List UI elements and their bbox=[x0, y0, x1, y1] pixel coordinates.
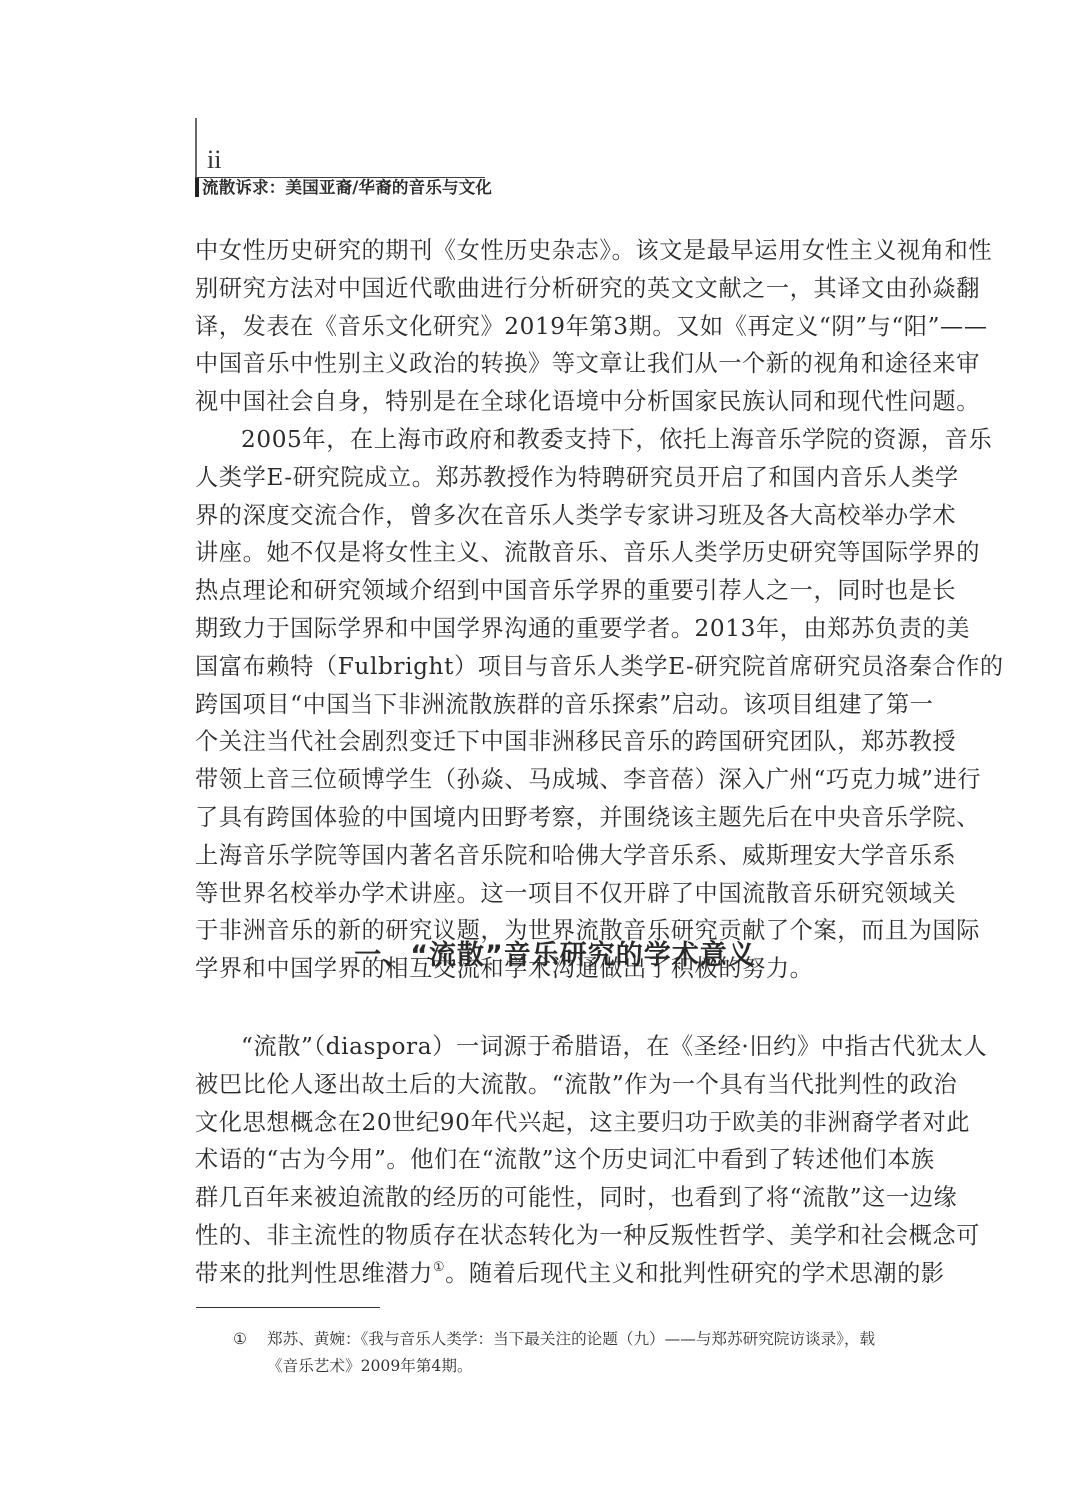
text-line: 热点理论和研究领域介绍到中国音乐学界的重要引荐人之一，同时也是长 bbox=[195, 572, 940, 610]
text-line: 跨国项目“中国当下非洲流散族群的音乐探索”启动。该项目组建了第一 bbox=[195, 686, 940, 724]
paragraph: “流散”（diaspora）一词源于希腊语，在《圣经·旧约》中指古代犹太人 被巴… bbox=[195, 1028, 940, 1293]
text-line: 视中国社会自身，特别是在全球化语境中分析国家民族认同和现代性问题。 bbox=[195, 383, 940, 421]
body-text-top: 中女性历史研究的期刊《女性历史杂志》。该文是最早运用女性主义视角和性 别研究方法… bbox=[195, 232, 940, 988]
body-text-bottom: “流散”（diaspora）一词源于希腊语，在《圣经·旧约》中指古代犹太人 被巴… bbox=[195, 1028, 940, 1293]
text-segment: 带来的批判性思维潜力 bbox=[195, 1260, 433, 1287]
footnote-separator bbox=[196, 1307, 380, 1308]
text-line: 群几百年来被迫流散的经历的可能性，同时，也看到了将“流散”这一边缘 bbox=[195, 1179, 940, 1217]
text-line: 别研究方法对中国近代歌曲进行分析研究的英文文献之一，其译文由孙焱翻 bbox=[195, 270, 940, 308]
footnote-text: 郑苏、黄婉：《我与音乐人类学：当下最关注的论题（九）——与郑苏研究院访谈录》，载 bbox=[267, 1330, 875, 1348]
header-vertical-rule bbox=[195, 118, 197, 178]
text-line: 界的深度交流合作，曾多次在音乐人类学专家讲习班及各大高校举办学术 bbox=[195, 497, 940, 535]
footnote: ①郑苏、黄婉：《我与音乐人类学：当下最关注的论题（九）——与郑苏研究院访谈录》，… bbox=[233, 1326, 943, 1380]
running-header-book-title: 流散诉求：美国亚裔/华裔的音乐与文化 bbox=[202, 178, 492, 198]
text-line: 了具有跨国体验的中国境内田野考察，并围绕该主题先后在中央音乐学院、 bbox=[195, 799, 940, 837]
text-line: 文化思想概念在20世纪90年代兴起，这主要归功于欧美的非洲裔学者对此 bbox=[195, 1104, 940, 1142]
footnote-line: ①郑苏、黄婉：《我与音乐人类学：当下最关注的论题（九）——与郑苏研究院访谈录》，… bbox=[233, 1326, 943, 1353]
text-line: 术语的“古为今用”。他们在“流散”这个历史词汇中看到了转述他们本族 bbox=[195, 1141, 940, 1179]
footnote-line: 《音乐艺术》2009年第4期。 bbox=[233, 1353, 943, 1380]
footnote-number: ① bbox=[233, 1326, 267, 1353]
text-line: 被巴比伦人逐出故土后的大流散。“流散”作为一个具有当代批判性的政治 bbox=[195, 1066, 940, 1104]
text-line: “流散”（diaspora）一词源于希腊语，在《圣经·旧约》中指古代犹太人 bbox=[195, 1028, 940, 1066]
text-line: 上海音乐学院等国内著名音乐院和哈佛大学音乐系、威斯理安大学音乐系 bbox=[195, 837, 940, 875]
book-page: ii 流散诉求：美国亚裔/华裔的音乐与文化 中女性历史研究的期刊《女性历史杂志》… bbox=[0, 0, 1080, 1509]
text-line: 中国音乐中性别主义政治的转换》等文章让我们从一个新的视角和途径来审 bbox=[195, 345, 940, 383]
text-line: 个关注当代社会剧烈变迁下中国非洲移民音乐的跨国研究团队，郑苏教授 bbox=[195, 723, 940, 761]
text-line: 中女性历史研究的期刊《女性历史杂志》。该文是最早运用女性主义视角和性 bbox=[195, 232, 940, 270]
header-marker-bar bbox=[195, 178, 199, 197]
text-line-with-footnote: 带来的批判性思维潜力①。随着后现代主义和批判性研究的学术思潮的影 bbox=[195, 1255, 940, 1293]
text-line: 带领上音三位硕博学生（孙焱、马成城、李音蓓）深入广州“巧克力城”进行 bbox=[195, 761, 940, 799]
text-line: 讲座。她不仅是将女性主义、流散音乐、音乐人类学历史研究等国际学界的 bbox=[195, 534, 940, 572]
text-line: 期致力于国际学界和中国学界沟通的重要学者。2013年，由郑苏负责的美 bbox=[195, 610, 940, 648]
section-heading: 一、“流散”音乐研究的学术意义 bbox=[0, 936, 1080, 976]
text-line: 国富布赖特（Fulbright）项目与音乐人类学E-研究院首席研究员洛秦合作的 bbox=[195, 648, 940, 686]
text-segment: 。随着后现代主义和批判性研究的学术思潮的影 bbox=[445, 1260, 945, 1287]
text-line: 译，发表在《音乐文化研究》2019年第3期。又如《再定义“阴”与“阳”—— bbox=[195, 308, 940, 346]
paragraph: 中女性历史研究的期刊《女性历史杂志》。该文是最早运用女性主义视角和性 别研究方法… bbox=[195, 232, 940, 421]
text-line: 等世界名校举办学术讲座。这一项目不仅开辟了中国流散音乐研究领域关 bbox=[195, 875, 940, 913]
paragraph: 2005年，在上海市政府和教委支持下，依托上海音乐学院的资源，音乐 人类学E-研… bbox=[195, 421, 940, 988]
text-line: 人类学E-研究院成立。郑苏教授作为特聘研究员开启了和国内音乐人类学 bbox=[195, 459, 940, 497]
text-line: 性的、非主流性的物质存在状态转化为一种反叛性哲学、美学和社会概念可 bbox=[195, 1217, 940, 1255]
footnote-reference[interactable]: ① bbox=[433, 1260, 445, 1275]
text-line: 2005年，在上海市政府和教委支持下，依托上海音乐学院的资源，音乐 bbox=[195, 421, 940, 459]
page-number: ii bbox=[207, 146, 221, 174]
